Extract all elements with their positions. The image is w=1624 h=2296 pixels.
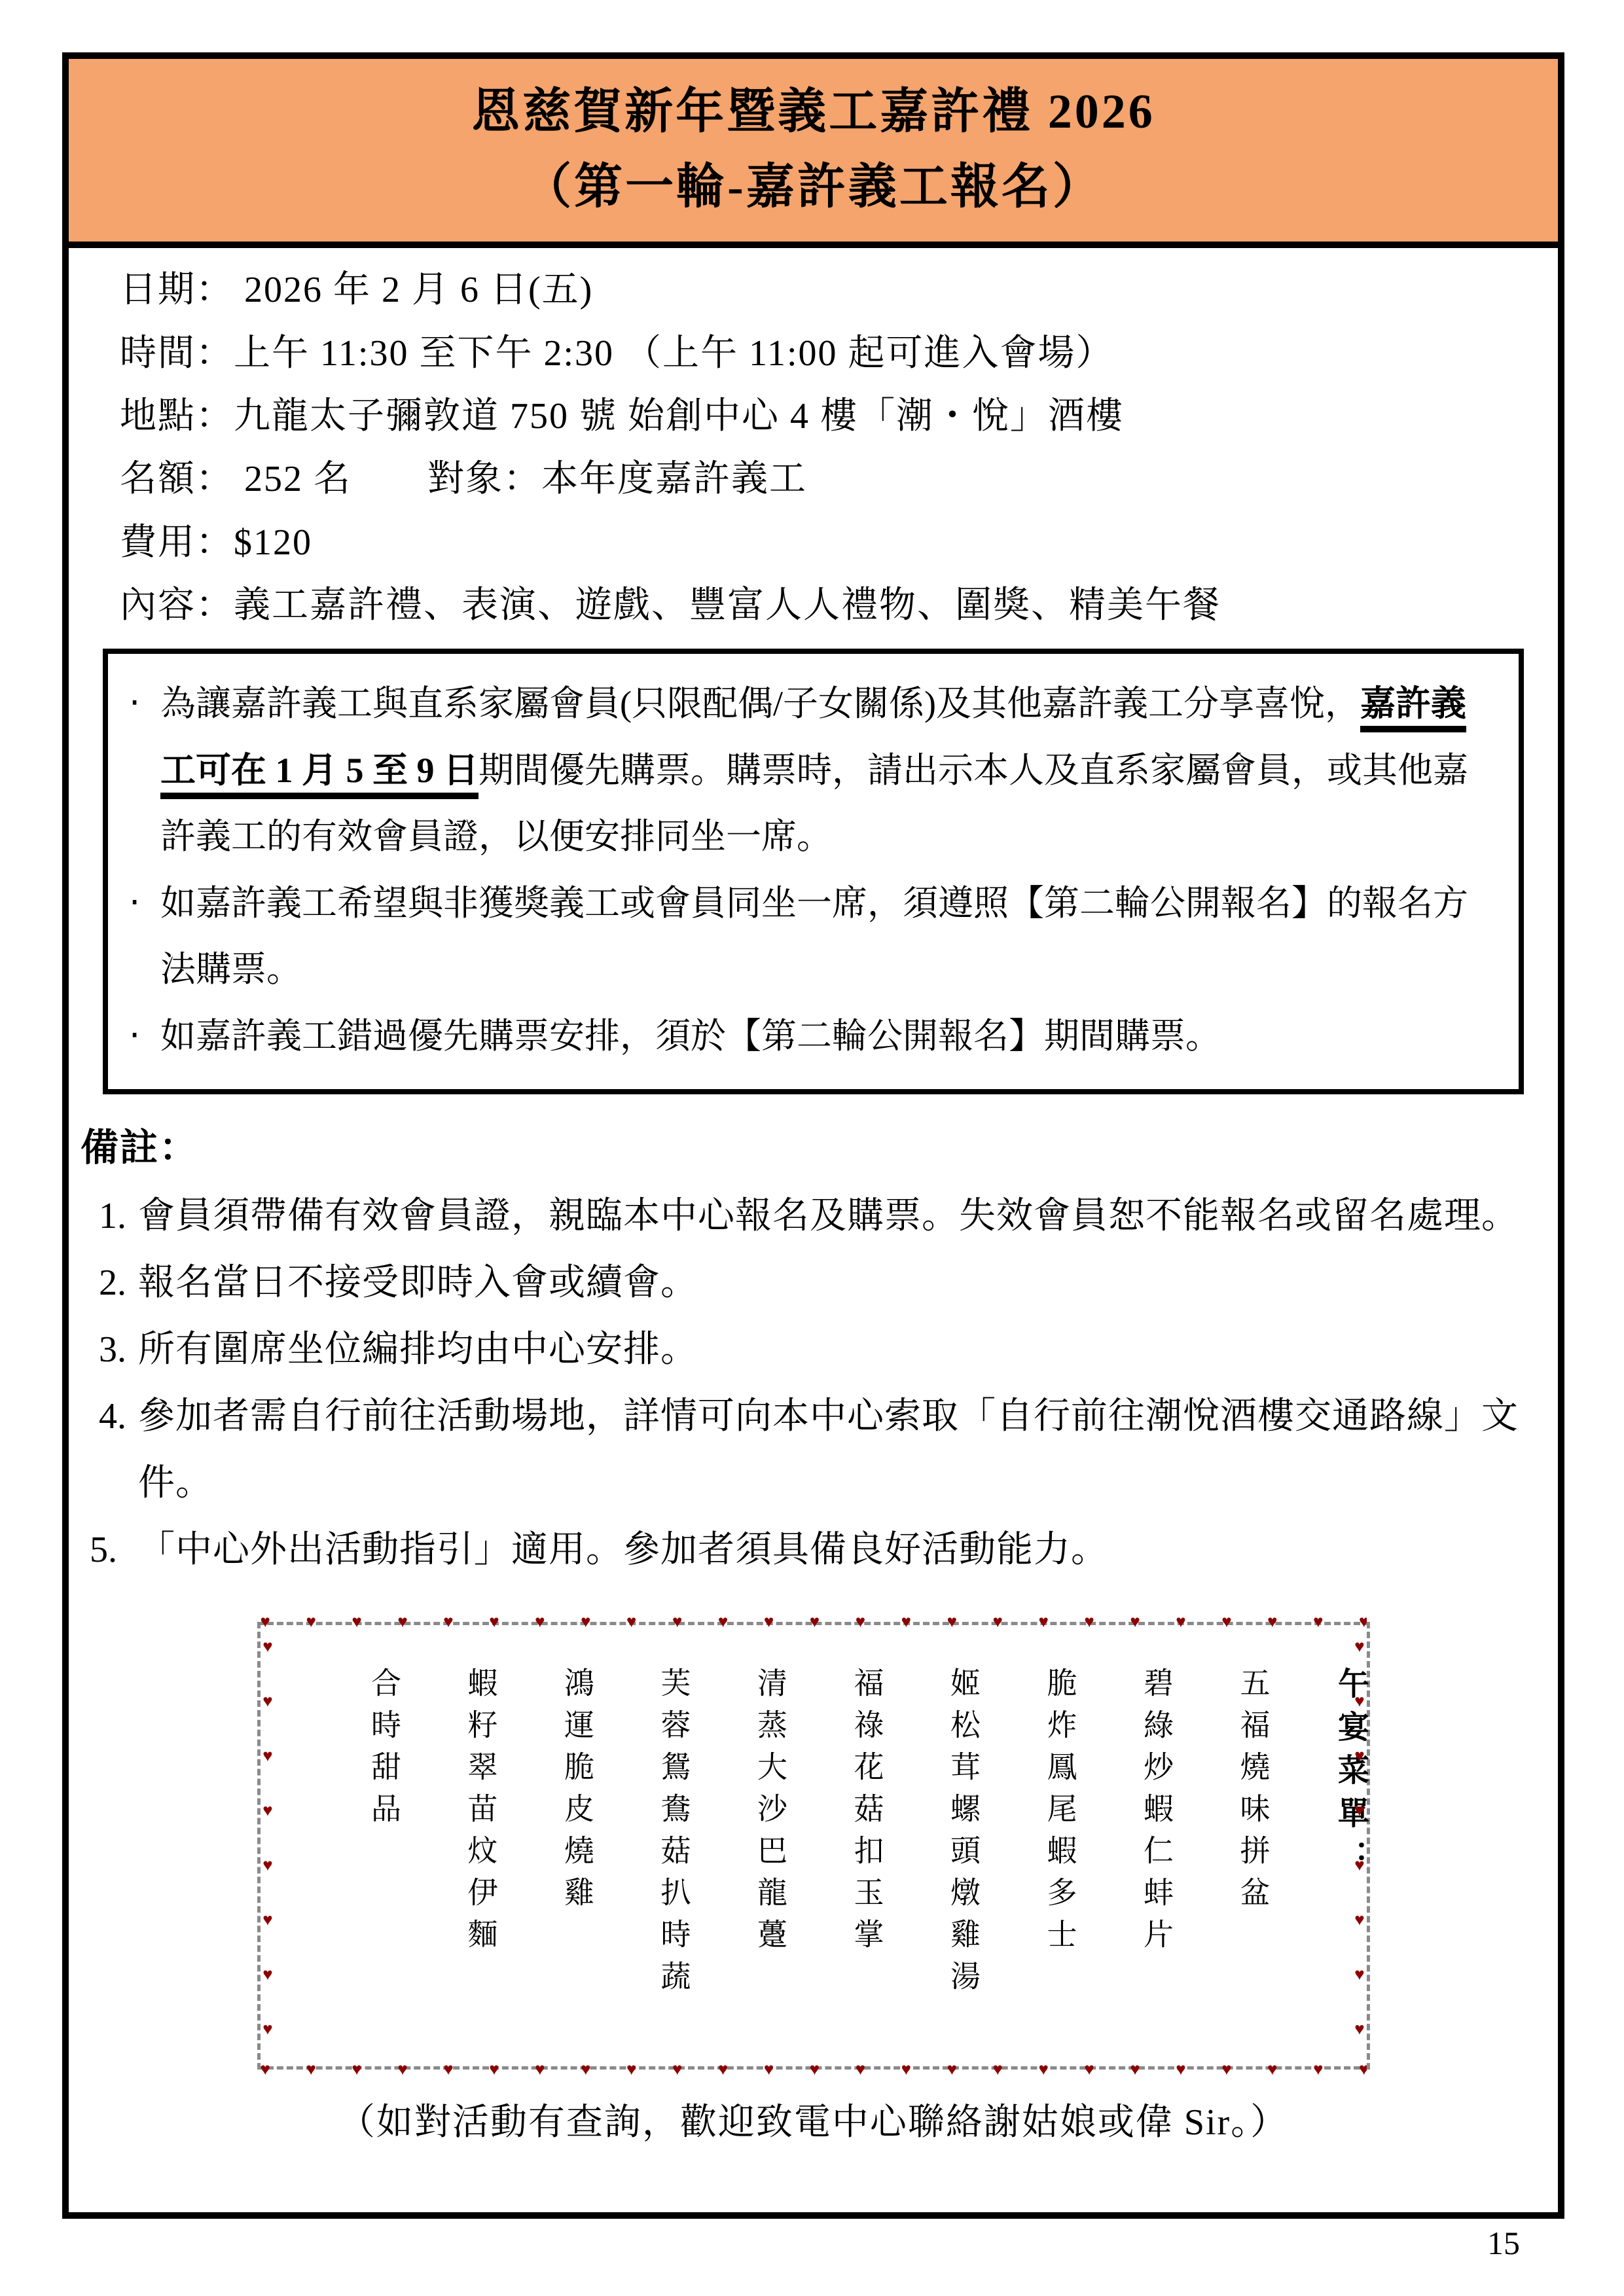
notice-item-text: 如嘉許義工希望與非獲獎義工或會員同坐一席，須遵照【第二輪公開報名】的報名方法購票… xyxy=(160,884,1468,990)
notice-item1-pre: 為讓嘉許義工與直系家屬會員(只限配偶/子女關係)及其他嘉許義工分享喜悅， xyxy=(160,684,1360,723)
notice-item: ‧ 如嘉許義工希望與非獲獎義工或會員同坐一席，須遵照【第二輪公開報名】的報名方法… xyxy=(124,870,1500,1003)
list-item-text: 「中心外出活動指引」適用。參加者須具備良好活動能力。 xyxy=(138,1517,1538,1584)
page-title: 恩慈賀新年暨義工嘉許禮 2026 xyxy=(69,75,1558,150)
menu-dish: 五福燒味拼盆 xyxy=(1234,1667,1272,2031)
detail-fee: 費用：$120 xyxy=(120,511,1538,574)
menu-dish: 蝦籽翠苗炆伊麵 xyxy=(461,1667,499,2031)
detail-venue: 地點：九龍太子彌敦道 750 號 始創中心 4 樓「潮・悅」酒樓 xyxy=(120,385,1538,448)
list-item-number: 4. xyxy=(81,1384,138,1517)
bullet-icon: ‧ xyxy=(129,870,140,937)
detail-time: 時間：上午 11:30 至下午 2:30 （上午 11:00 起可進入會場） xyxy=(120,322,1538,385)
menu-dish: 清蒸大沙巴龍躉 xyxy=(751,1667,789,2031)
detail-quota-target: 名額： 252 名 對象：本年度嘉許義工 xyxy=(120,448,1538,511)
priority-ticket-notice-box: ‧ 為讓嘉許義工與直系家屬會員(只限配偶/子女關係)及其他嘉許義工分享喜悅，嘉許… xyxy=(103,649,1524,1094)
enquiry-note: （如對活動有查詢，歡迎致電中心聯絡謝姑娘或偉 Sir。） xyxy=(69,2093,1558,2145)
detail-content: 內容：義工嘉許禮、表演、遊戲、豐富人人禮物、圍獎、精美午餐 xyxy=(120,574,1538,637)
list-item-number: 5. xyxy=(81,1517,138,1584)
menu-dish: 碧綠炒蝦仁蚌片 xyxy=(1138,1667,1176,2031)
menu-title: 午宴菜單： xyxy=(1331,1667,1370,2031)
list-item: 5. 「中心外出活動指引」適用。參加者須具備良好活動能力。 xyxy=(81,1517,1538,1584)
menu-dish: 脆炸鳳尾蝦多士 xyxy=(1041,1667,1079,2031)
bullet-icon: ‧ xyxy=(129,671,140,738)
list-item: 2. 報名當日不接受即時入會或續會。 xyxy=(81,1250,1538,1317)
list-item: 1. 會員須帶備有效會員證，親臨本中心報名及購票。失效會員恕不能報名或留名處理。 xyxy=(81,1183,1538,1250)
list-item: 4. 參加者需自行前往活動場地，詳情可向本中心索取「自行前往潮悅酒樓交通路線」文… xyxy=(81,1384,1538,1517)
list-item-text: 會員須帶備有效會員證，親臨本中心報名及購票。失效會員恕不能報名或留名處理。 xyxy=(138,1183,1538,1250)
detail-date: 日期： 2026 年 2 月 6 日(五) xyxy=(120,259,1538,321)
document-frame: 恩慈賀新年暨義工嘉許禮 2026 （第一輪-嘉許義工報名） 日期： 2026 年… xyxy=(62,52,1564,2219)
menu-dish: 姬松茸螺頭燉雞湯 xyxy=(945,1667,983,2031)
list-item-number: 3. xyxy=(81,1317,138,1384)
event-details: 日期： 2026 年 2 月 6 日(五) 時間：上午 11:30 至下午 2:… xyxy=(69,248,1558,639)
list-item-number: 2. xyxy=(81,1250,138,1317)
menu-columns: 午宴菜單： 五福燒味拼盆 碧綠炒蝦仁蚌片 脆炸鳳尾蝦多士 姬松茸螺頭燉雞湯 福祿… xyxy=(261,1625,1428,2066)
list-item-text: 所有圍席坐位編排均由中心安排。 xyxy=(138,1317,1538,1384)
lunch-menu-box: ♥ ♥ ♥ ♥ ♥ ♥ ♥ ♥ ♥ ♥ ♥ ♥ ♥ ♥ ♥ ♥ ♥ ♥ ♥ ♥ … xyxy=(257,1622,1370,2070)
list-item: 3. 所有圍席坐位編排均由中心安排。 xyxy=(81,1317,1538,1384)
bullet-icon: ‧ xyxy=(129,1003,140,1070)
list-item-number: 1. xyxy=(81,1183,138,1250)
remarks-section: 備註： 1. 會員須帶備有效會員證，親臨本中心報名及購票。失效會員恕不能報名或留… xyxy=(69,1094,1558,1583)
menu-dish: 合時甜品 xyxy=(365,1667,403,2031)
document-header: 恩慈賀新年暨義工嘉許禮 2026 （第一輪-嘉許義工報名） xyxy=(69,59,1558,248)
menu-dish: 鴻運脆皮燒雞 xyxy=(558,1667,596,2031)
remarks-heading: 備註： xyxy=(81,1117,1538,1172)
list-item-text: 報名當日不接受即時入會或續會。 xyxy=(138,1250,1538,1317)
page-number: 15 xyxy=(1487,2224,1520,2262)
menu-dish: 福祿花菇扣玉掌 xyxy=(848,1667,886,2031)
remarks-list: 1. 會員須帶備有效會員證，親臨本中心報名及購票。失效會員恕不能報名或留名處理。… xyxy=(81,1183,1538,1583)
menu-dish: 芙蓉鴛鴦菇扒時蔬 xyxy=(655,1667,693,2031)
notice-item-text: 為讓嘉許義工與直系家屬會員(只限配偶/子女關係)及其他嘉許義工分享喜悅，嘉許義工… xyxy=(160,684,1468,856)
notice-item-text: 如嘉許義工錯過優先購票安排，須於【第二輪公開報名】期間購票。 xyxy=(160,1016,1221,1056)
notice-item: ‧ 如嘉許義工錯過優先購票安排，須於【第二輪公開報名】期間購票。 xyxy=(124,1003,1500,1070)
notice-item: ‧ 為讓嘉許義工與直系家屬會員(只限配偶/子女關係)及其他嘉許義工分享喜悅，嘉許… xyxy=(124,671,1500,870)
page-subtitle: （第一輪-嘉許義工報名） xyxy=(69,150,1558,225)
list-item-text: 參加者需自行前往活動場地，詳情可向本中心索取「自行前往潮悅酒樓交通路線」文件。 xyxy=(138,1384,1538,1517)
